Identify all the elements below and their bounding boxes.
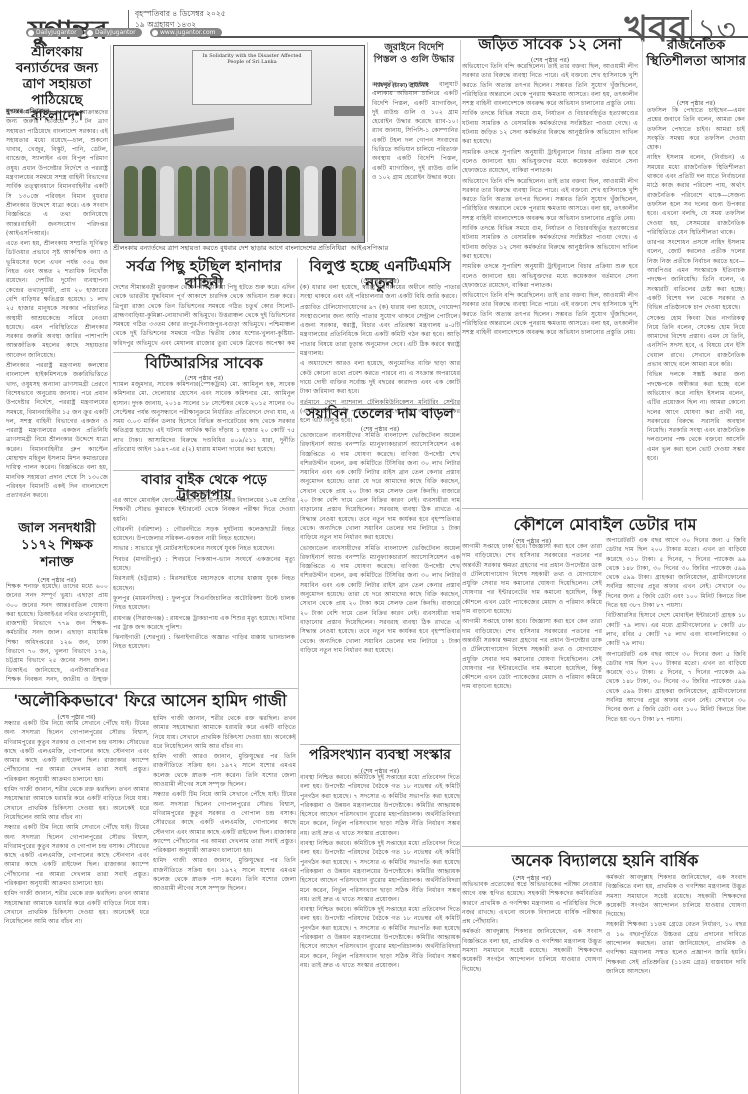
masthead-date: বৃহস্পতিবার ৪ ডিসেম্বর ২০২৫ ১৯ অগ্রহায়ণ…: [135, 8, 226, 30]
twitter-link[interactable]: DailyJugantor: [26, 28, 83, 37]
article-body-statistics: ব্যবস্থা নিশ্চিত করবে। কমিটিকে দুই সপ্তা…: [300, 773, 460, 1091]
facebook-link[interactable]: DailyJugantor: [85, 28, 142, 37]
headline-btrc: বিটিআরসির সাবেক: [113, 352, 295, 372]
date-gregorian: বৃহস্পতিবার ৪ ডিসেম্বর ২০২৫: [135, 8, 226, 19]
headline-fake-teachers: জাল সনদধারী ১১৭২ শিক্ষক শনাক্ত: [4, 520, 110, 571]
section-rule: [300, 744, 460, 745]
headline-mobile-data: কৌশলে মোবাইল ডেটার দাম: [462, 516, 748, 534]
column-rule: [298, 500, 299, 1094]
article-body-hamid-col1: সন্ধ্যার একটি টিম নিয়ে আমি সেখানে পৌঁছে…: [4, 719, 149, 1091]
article-body-bike: এর আগে মোবাইল ফোনে ঝগড়া করে উপজেলার বিদ…: [113, 496, 295, 684]
column-rule: [367, 42, 368, 242]
column-rule: [110, 45, 111, 685]
headline-pistol: জুরাইনে বিদেশি পিস্তল ও গুলি উদ্ধার: [372, 42, 456, 66]
article-body-soybean: ভোজ্যতেল ব্যবসায়ীদের সমিতি বাংলাদেশ ভেজ…: [300, 431, 460, 716]
section-rule: [462, 846, 748, 847]
article-body-pistol: রাজধানীর জুরাইনে বালুঘাট এলাকায় অভিযান …: [372, 80, 458, 240]
article-body-political: তফসিল কি পেছাতে চাইছেন—এমন প্রশ্নের জবাব…: [647, 106, 745, 512]
article-body-hanadar: দেশের সীমান্তবর্তী মুক্তাঞ্চল থেকে পাকিস…: [113, 283, 295, 347]
column-rule: [297, 258, 298, 498]
article-body-annual-exam-col1: অভিভাবক প্রত্যেকের স্বপ্নে অভিভাবকের পরী…: [462, 880, 602, 1090]
news-photo-delegation: In Solidarity with the Disaster Affected…: [113, 45, 365, 243]
headline-hamid: 'অলৌকিকভাবে' ফিরে আসেন হামিদ গাজী: [4, 692, 296, 710]
article-body-army: অভিযোগে তিনি বন্দি করেছিলেন। তাই তার বক্…: [462, 62, 638, 502]
photo-banner: In Solidarity with the Disaster Affected…: [192, 50, 312, 105]
column-rule: [642, 40, 643, 500]
article-body-fake-teachers: শিক্ষক শনাক্ত হয়েছে। তাদের মধ্যে ৬০০ জন…: [6, 582, 108, 682]
headline-army: জড়িত সাবেক ১২ সেনা: [462, 36, 638, 53]
section-rule: [462, 508, 748, 509]
column-rule: [460, 40, 461, 1094]
article-body-mobile-data-col1: আগামী সপ্তাহে ঢাকা হবে। জিজ্ঞাসা করা হবে…: [462, 542, 602, 832]
photo-caption: শ্রীলংকায় বন্যার্তদের ত্রাণ সহায়তা করত…: [113, 244, 453, 253]
article-body-mobile-data-col2: অপারেটরটি এক বছর আগে ৩০ দিনের জন্য ৫ জিব…: [606, 536, 746, 832]
headline-political: রাজনৈতিক স্থিতিশীলতা আসার: [646, 38, 746, 70]
section-rule: [0, 688, 298, 689]
article-body-hamid-col2: হামিদ গাজী জানান, শরীর থেকে রক্ত ঝরছিল। …: [153, 714, 296, 1091]
article-body-annual-exam-col2: কর্মকর্তা আবদুল্লাহ শিকদার জানিয়েছেন, এ…: [606, 873, 746, 1058]
headline-soybean: সয়াবিন তেলের দাম বাড়ল: [300, 404, 460, 422]
headline-statistics: পরিসংখ্যান ব্যবস্থা সংস্কার: [300, 748, 460, 763]
headline-annual-exam: অনেক বিদ্যালয়ে হয়নি বার্ষিক: [462, 852, 748, 870]
article-body-srilanka: শ্রীলংকায় ঘূর্ণিঝড় ও বন্যায় আক্রান্তদ…: [6, 108, 108, 498]
article-body-btrc: শ্যামল মজুমদার, সাবেক কমিশনার(স্পেকট্রাম…: [113, 380, 295, 466]
photo-credit: আইএসপিআর: [351, 244, 389, 252]
